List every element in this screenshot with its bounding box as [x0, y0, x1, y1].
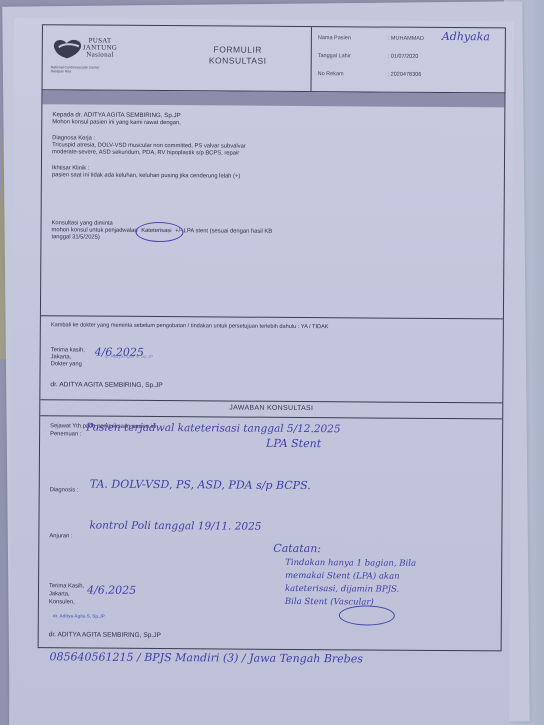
notes-handwritten: Tindakan hanya 1 bagian, Bila memakai St… — [285, 557, 416, 610]
form-title-line-2: KONSULTASI — [163, 55, 313, 67]
patient-name-value: : MUHAMMAD — [388, 36, 424, 42]
findings-label: Penemuan : — [50, 431, 81, 438]
requesting-doctor-label: Dokter yang — [51, 361, 82, 368]
divider — [40, 415, 502, 419]
consultant-label: Konsulen, — [49, 599, 75, 606]
patient-name-handwritten: Adhyaka — [442, 30, 490, 43]
heart-logo-icon — [51, 37, 85, 59]
answer-title: JAWABAN KONSULTASI — [40, 403, 502, 413]
logo-subtitle-2: Harapan Kita — [51, 69, 100, 73]
bottom-handwritten-note: 085640561215 / BPJS Mandiri (3) / Jawa T… — [49, 650, 362, 665]
divider — [41, 315, 503, 319]
patient-name-label: Nama Pasien — [318, 35, 351, 41]
consultation-form: PUSAT JANTUNG Nasional National Cardiova… — [9, 18, 514, 725]
form-header: PUSAT JANTUNG Nasional National Cardiova… — [42, 25, 504, 93]
diagnosis-line-2: moderate-severe, ASD sekundum, PDA, RV h… — [52, 149, 239, 157]
hospital-logo: PUSAT JANTUNG Nasional National Cardiova… — [51, 35, 181, 82]
request-intro: Mohon konsul pasien ini yang kami rawat … — [52, 119, 181, 127]
dob-label: Tanggal Lahir — [318, 53, 351, 59]
advice-handwritten: kontrol Poli tanggal 19/11. 2025 — [89, 520, 261, 533]
consult-line-pre: mohon konsul untuk penjadwalan — [51, 227, 137, 234]
clinical-summary-text: pasien saat ini tidak ada keluhan, keluh… — [52, 172, 240, 180]
circled-term: Kateterisasi — [139, 228, 175, 234]
findings-handwritten: Pasien terjadwal kateterisasi tanggal 5/… — [86, 422, 341, 436]
answer-city: Jakarta, — [49, 591, 70, 598]
request-to: Kepada dr. ADITYA AGITA SEMBIRING, Sp.JP — [52, 111, 180, 119]
consultant-stamp: dr. Aditya Agita S, Sp.JP — [53, 613, 105, 618]
mrn-label: No Rekam — [318, 71, 344, 77]
note-line: memakai Stent (LPA) akan — [285, 570, 416, 584]
form-frame: PUSAT JANTUNG Nasional National Cardiova… — [38, 24, 506, 651]
requesting-doctor-name: dr. ADITYA AGITA SEMBIRING, Sp.JP — [50, 381, 162, 389]
findings-handwritten-2: LPA Stent — [266, 437, 321, 450]
answer-thanks: Terima Kasih, — [49, 583, 84, 590]
answer-diagnosis-handwritten: TA. DOLV-VSD, PS, ASD, PDA s/p BCPS. — [90, 478, 311, 493]
consult-request-line-2: tanggal 31/5/2025) — [51, 234, 99, 241]
note-line: kateterisasi, dijamin BPJS. — [285, 583, 416, 597]
notes-title-handwritten: Catatan: — [273, 542, 321, 555]
doctor-stamp: dr. Aditya Agita S, Sp.JP — [105, 354, 154, 359]
advice-label: Anjuran : — [49, 533, 72, 540]
consult-line-post: +/- LPA stent (sesuai dengan hasil KB — [175, 228, 272, 235]
mrn-value: : 2020478306 — [388, 72, 422, 78]
answer-diagnosis-label: Diagnosis : — [50, 487, 79, 494]
pen-circle — [339, 605, 395, 625]
header-band — [42, 90, 504, 107]
pen-circle — [135, 222, 183, 242]
form-title: FORMULIR KONSULTASI — [163, 44, 313, 67]
note-line: Tindakan hanya 1 bagian, Bila — [285, 557, 416, 571]
answer-date-handwritten: 4/6.2025 — [87, 584, 136, 597]
logo-subtitle: National Cardiovascular Center Harapan K… — [51, 65, 100, 73]
dob-value: : 01/07/2020 — [388, 54, 419, 60]
logo-line-3: Nasional — [83, 51, 117, 58]
logo-name: PUSAT JANTUNG Nasional — [83, 37, 118, 58]
return-note: Kambali ke dokter yang meminta sebelum p… — [51, 322, 329, 331]
patient-info-box: Nama Pasien : MUHAMMAD Adhyaka Tanggal L… — [310, 27, 505, 92]
consultant-name: dr. ADITYA AGITA SEMBIRING, Sp.JP — [49, 631, 161, 639]
